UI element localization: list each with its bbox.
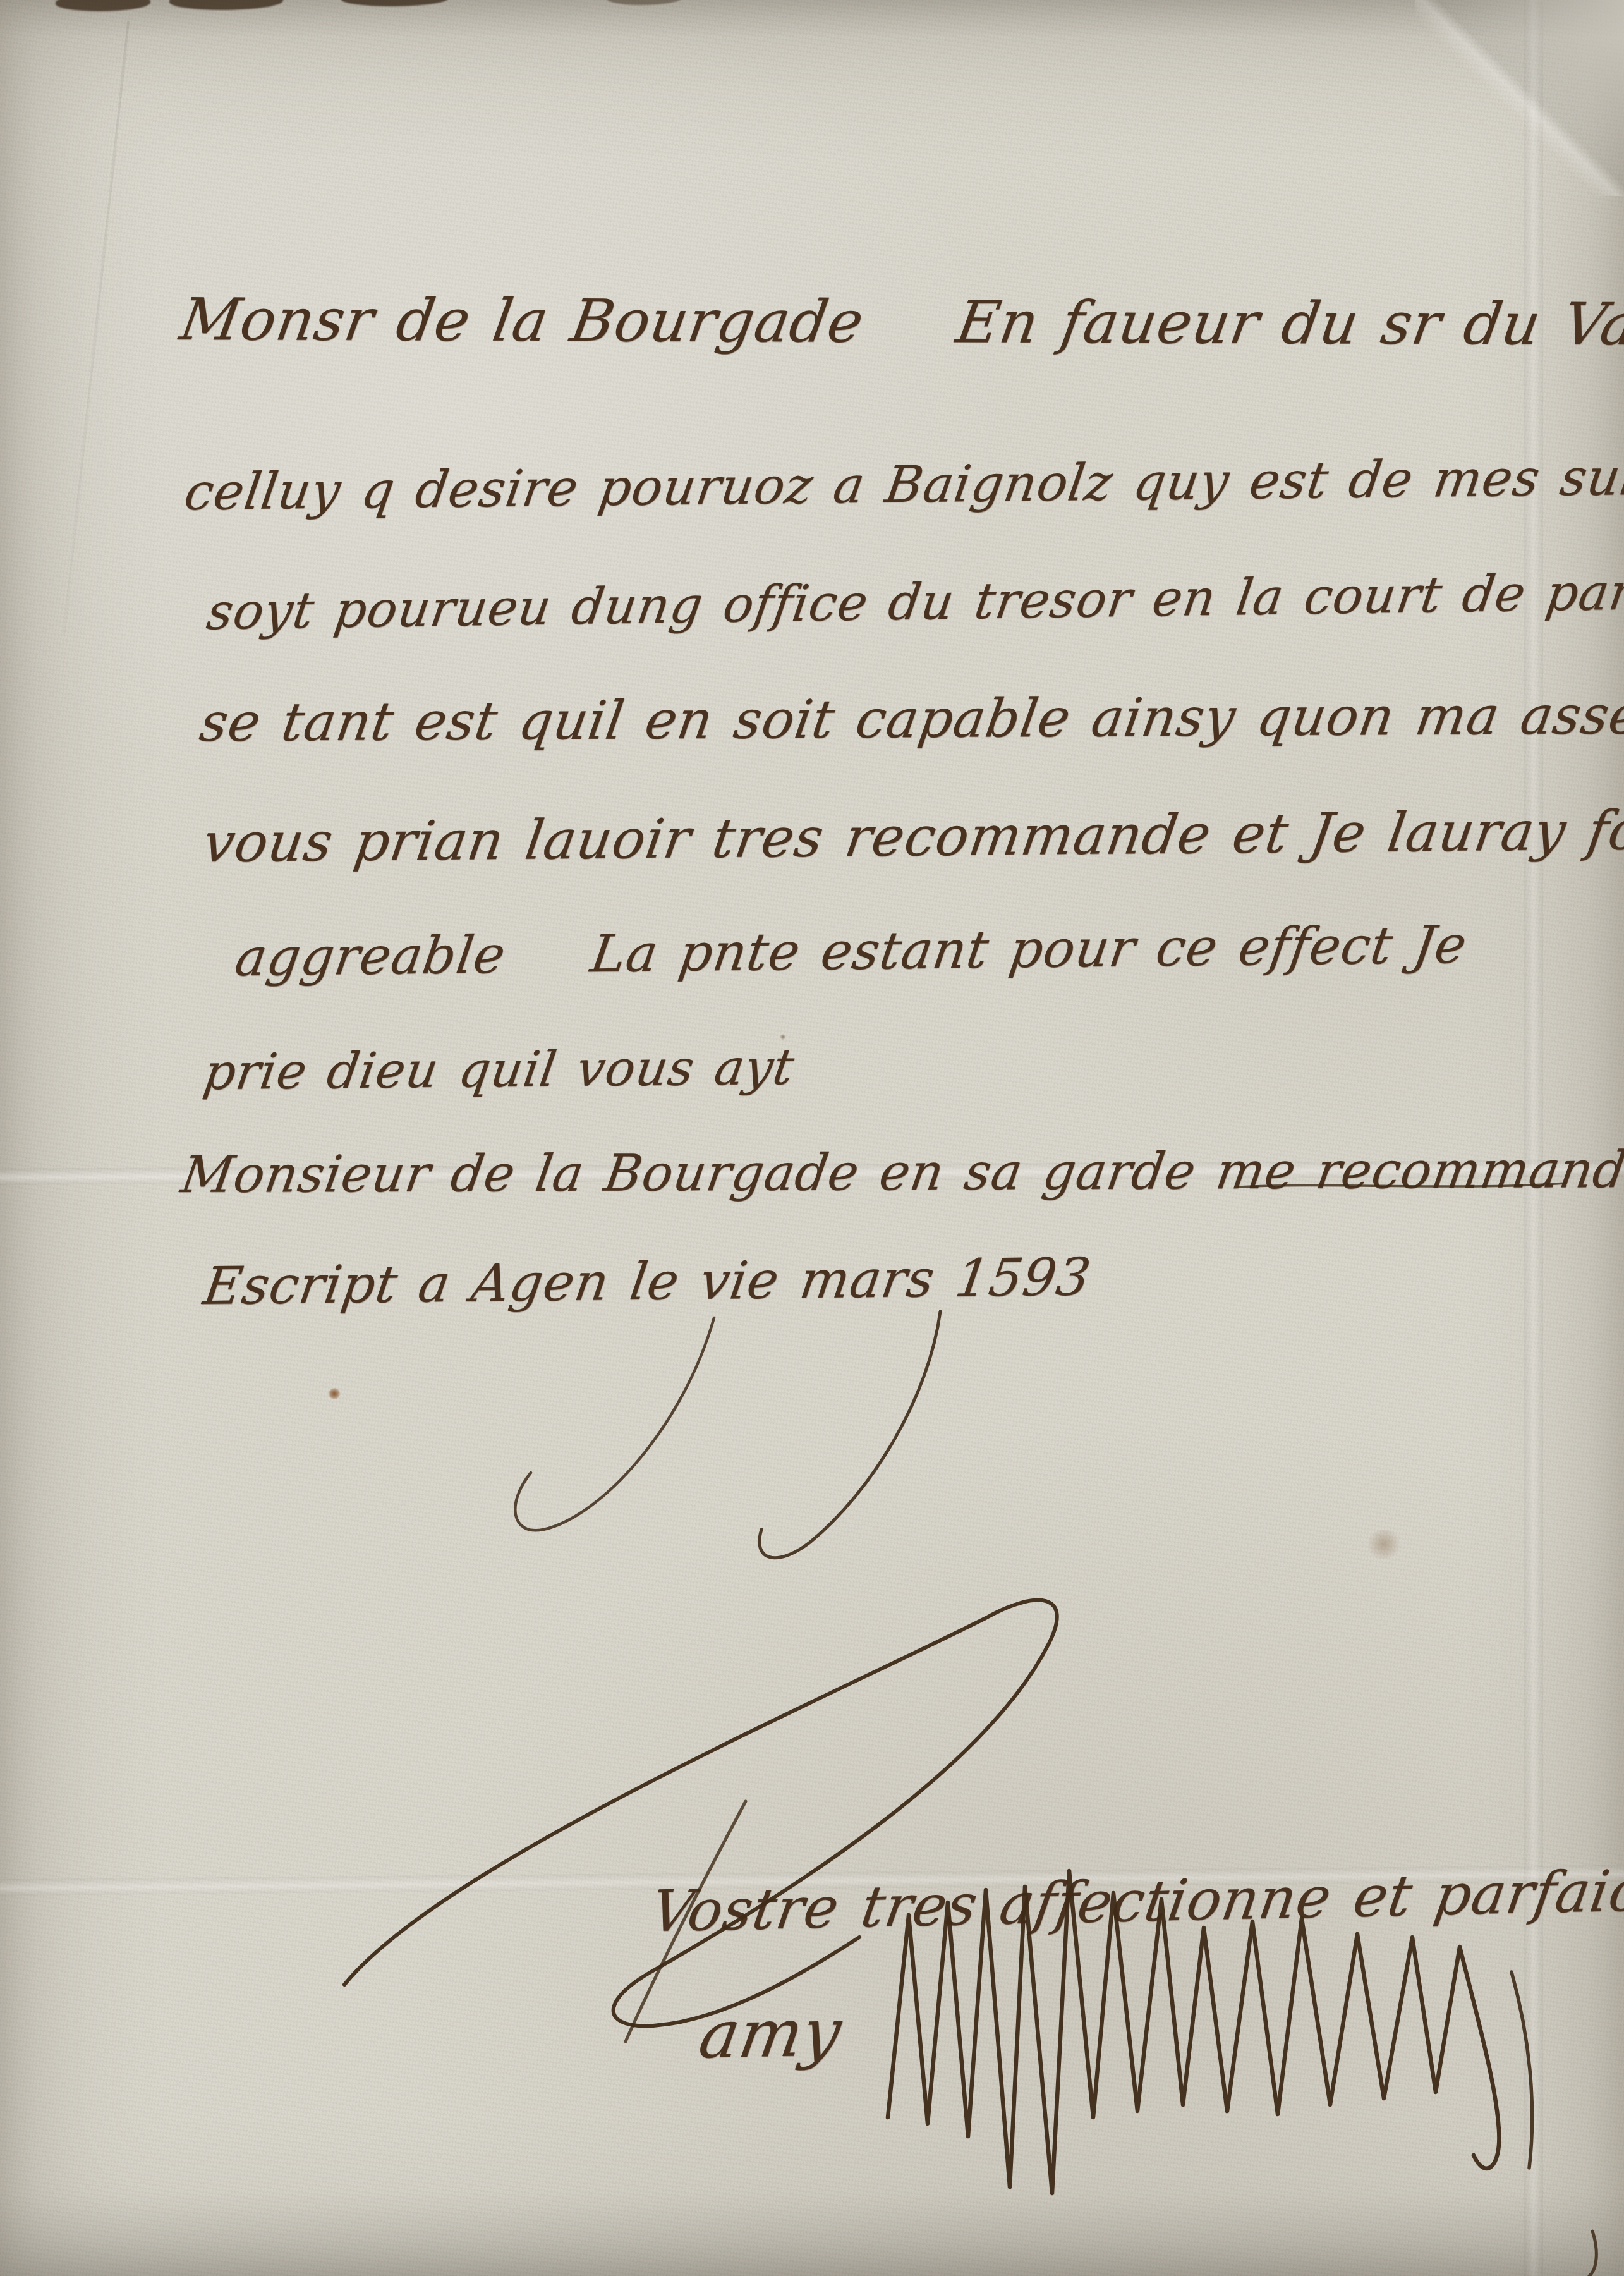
manuscript-line-1: Monsr de la Bourgade En faueur du sr du … — [176, 286, 1624, 359]
manuscript-line-6: aggreable La pnte estant pour ce effect … — [231, 915, 1471, 989]
manuscript-line-3: soyt pourueu dung office du tresor en la… — [203, 561, 1624, 642]
signature-tail — [1512, 1972, 1532, 2168]
date-descender-1 — [760, 1311, 940, 1558]
manuscript-line-7: prie dieu quil vous ayt — [200, 1039, 798, 1101]
manuscript-letter-photo: Monsr de la Bourgade En faueur du sr du … — [0, 0, 1624, 2276]
diagonal-crease-left — [63, 20, 130, 636]
fox-spot — [328, 1388, 341, 1399]
date-descender-2 — [515, 1318, 714, 1530]
grand-v-flourish — [344, 1600, 1057, 2026]
manuscript-line-4: se tant est quil en soit capable ainsy q… — [196, 683, 1624, 753]
manuscript-line-5: vous prian lauoir tres recommande et Je … — [199, 798, 1624, 875]
faint-stain — [1365, 1530, 1403, 1559]
closing-formula: Vostre tres affectionne et parfaict — [647, 1857, 1624, 1945]
manuscript-line-2: celluy q desire pouruoz a Baignolz quy e… — [181, 446, 1624, 522]
bottom-edge-shadow — [0, 2194, 1624, 2276]
manuscript-line-9-dateline: Escript a Agen le vie mars 1593 — [200, 1247, 1094, 1317]
manuscript-line-8: Monsieur de la Bourgade en sa garde me r… — [178, 1140, 1624, 1204]
closing-amy: amy — [694, 1993, 847, 2073]
